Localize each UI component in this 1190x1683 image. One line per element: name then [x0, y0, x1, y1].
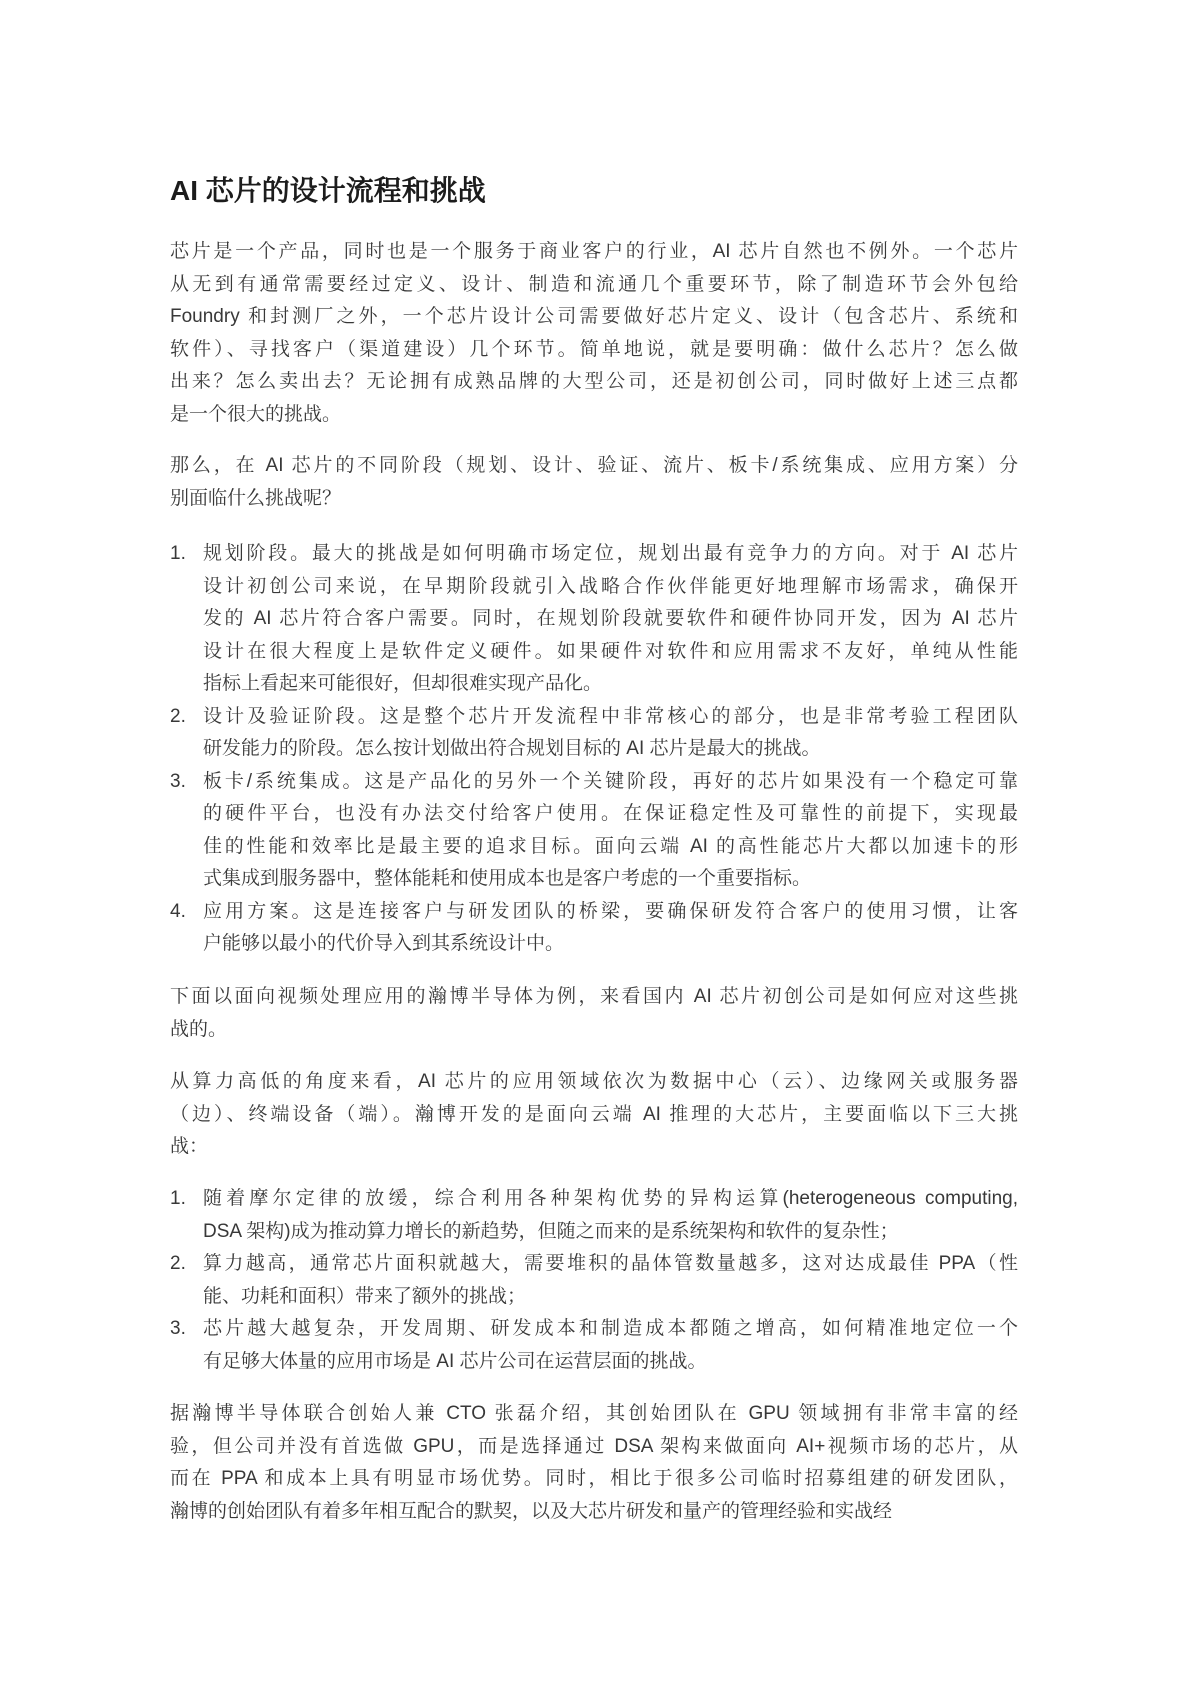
stages-numbered-list: 1. 规划阶段。最大的挑战是如何明确市场定位，规划出最有竞争力的方向。对于 AI… [170, 538, 1018, 961]
text-line: 应用方案。这是连接客户与研发团队的桥梁，要确保研发符合客户的使用习惯，让客 [203, 896, 1018, 929]
text-line: 设计及验证阶段。这是整个芯片开发流程中非常核心的部分，也是非常考验工程团队 [203, 701, 1018, 734]
text-line: 那么，在 AI 芯片的不同阶段（规划、设计、验证、流片、板卡/系统集成、应用方案… [170, 450, 1018, 483]
text-line: 芯片越大越复杂，开发周期、研发成本和制造成本都随之增高，如何精准地定位一个 [203, 1313, 1018, 1346]
text-line: 而在 PPA 和成本上具有明显市场优势。同时，相比于很多公司临时招募组建的研发团… [170, 1463, 1018, 1496]
list-item-number: 1. [170, 538, 186, 571]
text-line: 发的 AI 芯片符合客户需要。同时，在规划阶段就要软件和硬件协同开发，因为 AI… [203, 603, 1018, 636]
list-item: 3. 板卡/系统集成。这是产品化的另外一个关键阶段，再好的芯片如果没有一个稳定可… [170, 766, 1018, 896]
vastai-intro-paragraph: 下面以面向视频处理应用的瀚博半导体为例，来看国内 AI 芯片初创公司是如何应对这… [170, 981, 1018, 1046]
text-line: 芯片是一个产品，同时也是一个服务于商业客户的行业，AI 芯片自然也不例外。一个芯… [170, 236, 1018, 269]
list-item-number: 1. [170, 1183, 186, 1216]
text-line: 有足够大体量的应用市场是 AI 芯片公司在运营层面的挑战。 [203, 1346, 1018, 1379]
text-line: 从无到有通常需要经过定义、设计、制造和流通几个重要环节，除了制造环节会外包给 [170, 269, 1018, 302]
text-line: 式集成到服务器中，整体能耗和使用成本也是客户考虑的一个重要指标。 [203, 863, 1018, 896]
text-line: 瀚博的创始团队有着多年相互配合的默契，以及大芯片研发和量产的管理经验和实战经 [170, 1496, 1018, 1529]
text-line: 是一个很大的挑战。 [170, 399, 1018, 432]
list-item: 1. 随着摩尔定律的放缓，综合利用各种架构优势的异构运算(heterogeneo… [170, 1183, 1018, 1248]
text-line: 验，但公司并没有首选做 GPU，而是选择通过 DSA 架构来做面向 AI+视频市… [170, 1431, 1018, 1464]
list-item: 1. 规划阶段。最大的挑战是如何明确市场定位，规划出最有竞争力的方向。对于 AI… [170, 538, 1018, 701]
list-item-number: 4. [170, 896, 186, 929]
text-line: 指标上看起来可能很好，但却很难实现产品化。 [203, 668, 1018, 701]
text-line: 别面临什么挑战呢？ [170, 483, 1018, 516]
cto-paragraph: 据瀚博半导体联合创始人兼 CTO 张磊介绍，其创始团队在 GPU 领域拥有非常丰… [170, 1398, 1018, 1528]
list-item: 4. 应用方案。这是连接客户与研发团队的桥梁，要确保研发符合客户的使用习惯，让客… [170, 896, 1018, 961]
text-line: 出来？怎么卖出去？无论拥有成熟品牌的大型公司，还是初创公司，同时做好上述三点都 [170, 366, 1018, 399]
text-line: 规划阶段。最大的挑战是如何明确市场定位，规划出最有竞争力的方向。对于 AI 芯片 [203, 538, 1018, 571]
text-line: 的硬件平台，也没有办法交付给客户使用。在保证稳定性及可靠性的前提下，实现最 [203, 798, 1018, 831]
list-item-number: 3. [170, 1313, 186, 1346]
text-line: 能、功耗和面积）带来了额外的挑战； [203, 1281, 1018, 1314]
text-line: 下面以面向视频处理应用的瀚博半导体为例，来看国内 AI 芯片初创公司是如何应对这… [170, 981, 1018, 1014]
stages-question-paragraph: 那么，在 AI 芯片的不同阶段（规划、设计、验证、流片、板卡/系统集成、应用方案… [170, 450, 1018, 515]
text-line: 佳的性能和效率比是最主要的追求目标。面向云端 AI 的高性能芯片大都以加速卡的形 [203, 831, 1018, 864]
text-line: （边）、终端设备（端）。瀚博开发的是面向云端 AI 推理的大芯片，主要面临以下三… [170, 1099, 1018, 1132]
intro-paragraph: 芯片是一个产品，同时也是一个服务于商业客户的行业，AI 芯片自然也不例外。一个芯… [170, 236, 1018, 431]
text-line: 设计在很大程度上是软件定义硬件。如果硬件对软件和应用需求不友好，单纯从性能 [203, 636, 1018, 669]
text-line: 随着摩尔定律的放缓，综合利用各种架构优势的异构运算(heterogeneous … [203, 1183, 1018, 1216]
page-title: AI 芯片的设计流程和挑战 [170, 173, 1018, 209]
list-item: 2. 设计及验证阶段。这是整个芯片开发流程中非常核心的部分，也是非常考验工程团队… [170, 701, 1018, 766]
text-line: DSA 架构)成为推动算力增长的新趋势，但随之而来的是系统架构和软件的复杂性； [203, 1216, 1018, 1249]
document-page: AI 芯片的设计流程和挑战 芯片是一个产品，同时也是一个服务于商业客户的行业，A… [0, 0, 1190, 1683]
text-line: 从算力高低的角度来看，AI 芯片的应用领域依次为数据中心（云）、边缘网关或服务器 [170, 1066, 1018, 1099]
list-item-number: 2. [170, 701, 186, 734]
text-line: 板卡/系统集成。这是产品化的另外一个关键阶段，再好的芯片如果没有一个稳定可靠 [203, 766, 1018, 799]
list-item-number: 3. [170, 766, 186, 799]
list-item: 3. 芯片越大越复杂，开发周期、研发成本和制造成本都随之增高，如何精准地定位一个… [170, 1313, 1018, 1378]
text-line: 设计初创公司来说，在早期阶段就引入战略合作伙伴能更好地理解市场需求，确保开 [203, 571, 1018, 604]
list-item-number: 2. [170, 1248, 186, 1281]
text-line: 战的。 [170, 1014, 1018, 1047]
text-line: Foundry 和封测厂之外，一个芯片设计公司需要做好芯片定义、设计（包含芯片、… [170, 301, 1018, 334]
text-line: 户能够以最小的代价导入到其系统设计中。 [203, 928, 1018, 961]
list-item: 2. 算力越高，通常芯片面积就越大，需要堆积的晶体管数量越多，这对达成最佳 PP… [170, 1248, 1018, 1313]
challenges-numbered-list: 1. 随着摩尔定律的放缓，综合利用各种架构优势的异构运算(heterogeneo… [170, 1183, 1018, 1378]
text-line: 算力越高，通常芯片面积就越大，需要堆积的晶体管数量越多，这对达成最佳 PPA（性 [203, 1248, 1018, 1281]
text-line: 据瀚博半导体联合创始人兼 CTO 张磊介绍，其创始团队在 GPU 领域拥有非常丰… [170, 1398, 1018, 1431]
compute-levels-paragraph: 从算力高低的角度来看，AI 芯片的应用领域依次为数据中心（云）、边缘网关或服务器… [170, 1066, 1018, 1164]
text-line: 研发能力的阶段。怎么按计划做出符合规划目标的 AI 芯片是最大的挑战。 [203, 733, 1018, 766]
text-line: 战： [170, 1131, 1018, 1164]
text-line: 软件）、寻找客户（渠道建设）几个环节。简单地说，就是要明确：做什么芯片？怎么做 [170, 334, 1018, 367]
